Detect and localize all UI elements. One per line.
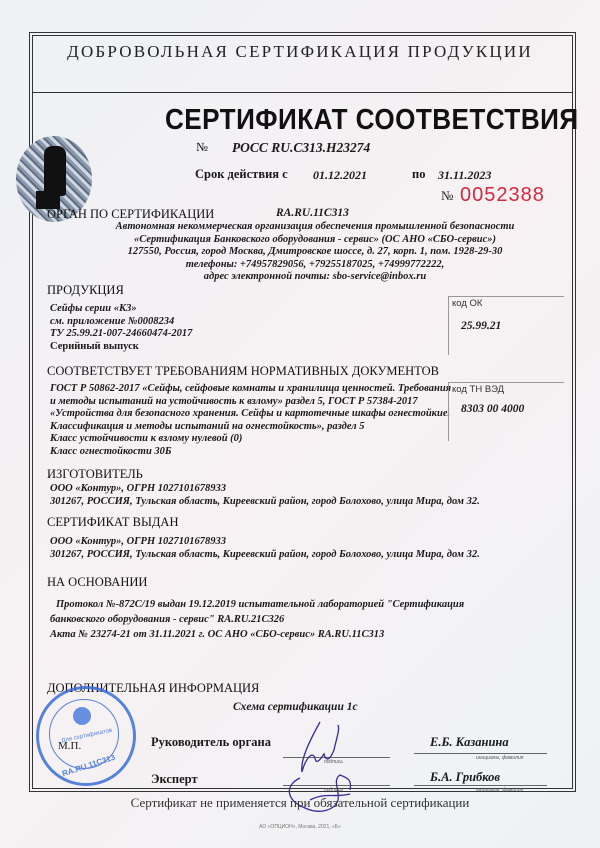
disclaimer: Сертификат не применяется при обязательн… xyxy=(0,795,600,811)
manufacturer-details: ООО «Контур», ОГРН 1027101678933 301267,… xyxy=(50,483,480,508)
head-label: Руководитель органа xyxy=(151,735,271,750)
header-divider xyxy=(32,92,573,93)
tnved-code: 8303 00 4000 xyxy=(461,403,524,415)
basis-label: НА ОСНОВАНИИ xyxy=(47,575,147,590)
expert-label: Эксперт xyxy=(151,772,198,787)
number-sign: № xyxy=(196,140,208,155)
cert-body-label: ОРГАН ПО СЕРТИФИКАЦИИ xyxy=(47,207,214,222)
basis-line: Акта № 23274-21 от 31.11.2021 г. ОС АНО … xyxy=(50,627,464,642)
manufacturer-line: 301267, РОССИЯ, Тульская область, Киреев… xyxy=(50,496,480,509)
expert-name-line xyxy=(414,785,547,786)
expert-name-caption: инициалы, фамилия xyxy=(476,787,523,793)
ok-code-label: код ОК xyxy=(452,298,482,309)
issued-to-details: ООО «Контур», ОГРН 1027101678933 301267,… xyxy=(50,536,480,561)
product-line: см. приложение №0008234 xyxy=(50,316,192,329)
main-title: СЕРТИФИКАТ СООТВЕТСТВИЯ xyxy=(165,104,579,137)
valid-from: 01.12.2021 xyxy=(313,168,367,183)
validity-label: Срок действия с xyxy=(195,167,288,182)
standards-label: СООТВЕТСТВУЕТ ТРЕБОВАНИЯМ НОРМАТИВНЫХ ДО… xyxy=(47,364,439,379)
cert-body-line: Автономная некоммерческая организация об… xyxy=(0,221,600,234)
cert-body-details: Автономная некоммерческая организация об… xyxy=(0,221,600,284)
globe-icon xyxy=(73,707,91,725)
serial-sign: № xyxy=(441,188,453,204)
cert-number: РОСС RU.С313.Н23274 xyxy=(232,140,370,156)
cert-body-code: RA.RU.11С313 xyxy=(276,207,349,219)
basis-line: банковского оборудования - сервис" RA.RU… xyxy=(50,612,464,627)
standards-line: Класс огнестойкости 30Б xyxy=(50,446,451,459)
issued-to-line: 301267, РОССИЯ, Тульская область, Киреев… xyxy=(50,549,480,562)
tnved-label: код ТН ВЭД xyxy=(452,384,504,395)
ok-code: 25.99.21 xyxy=(461,320,501,332)
key-icon xyxy=(44,146,66,196)
product-line: ТУ 25.99.21-007-24660474-2017 xyxy=(50,328,192,341)
product-label: ПРОДУКЦИЯ xyxy=(47,283,124,298)
standards-line: ГОСТ Р 50862-2017 «Сейфы, сейфовые комна… xyxy=(50,383,451,396)
basis-line: Протокол №-872С/19 выдан 19.12.2019 испы… xyxy=(50,597,464,612)
standards-line: Класс устойчивости к взлому нулевой (0) xyxy=(50,433,451,446)
head-name: Е.Б. Казанина xyxy=(430,735,509,750)
top-title: ДОБРОВОЛЬНАЯ СЕРТИФИКАЦИЯ ПРОДУКЦИИ xyxy=(0,42,600,62)
valid-to-label: по xyxy=(412,167,425,182)
standards-details: ГОСТ Р 50862-2017 «Сейфы, сейфовые комна… xyxy=(50,383,451,458)
seal-label: М.П. xyxy=(58,740,81,752)
seal-stamp-icon: Для сертификатов RA.RU.11С313 xyxy=(36,686,136,786)
expert-name: Б.А. Грибков xyxy=(430,770,500,785)
cert-body-line: 127550, Россия, город Москва, Дмитровско… xyxy=(0,246,600,259)
product-details: Сейфы серии «К3» см. приложение №0008234… xyxy=(50,303,192,353)
certification-scheme: Схема сертификации 1с xyxy=(233,701,358,713)
basis-details: Протокол №-872С/19 выдан 19.12.2019 испы… xyxy=(50,597,464,642)
cert-body-line: «Сертификация Банковского оборудования -… xyxy=(0,234,600,247)
manufacturer-line: ООО «Контур», ОГРН 1027101678933 xyxy=(50,483,480,496)
printer-imprint: АО «ОПЦИОН», Москва, 2021, «Б» xyxy=(0,824,600,830)
issued-to-label: СЕРТИФИКАТ ВЫДАН xyxy=(47,515,179,530)
product-release: Серийный выпуск xyxy=(50,341,192,354)
product-line: Сейфы серии «К3» xyxy=(50,303,192,316)
valid-to: 31.11.2023 xyxy=(438,168,491,183)
manufacturer-label: ИЗГОТОВИТЕЛЬ xyxy=(47,467,143,482)
standards-line: Классификация и методы испытаний на огне… xyxy=(50,421,451,434)
issued-to-line: ООО «Контур», ОГРН 1027101678933 xyxy=(50,536,480,549)
head-name-line xyxy=(414,753,547,754)
standards-line: и методы испытаний на устойчивость к взл… xyxy=(50,396,451,409)
head-name-caption: инициалы, фамилия xyxy=(476,755,523,761)
serial-number: 0052388 xyxy=(460,184,545,207)
cert-body-line: адрес электронной почты: sbo-service@inb… xyxy=(0,271,600,284)
standards-line: «Устройства для безопасного хранения. Се… xyxy=(50,408,451,421)
cert-body-line: телефоны: +74957829056, +79255187025, +7… xyxy=(0,259,600,272)
